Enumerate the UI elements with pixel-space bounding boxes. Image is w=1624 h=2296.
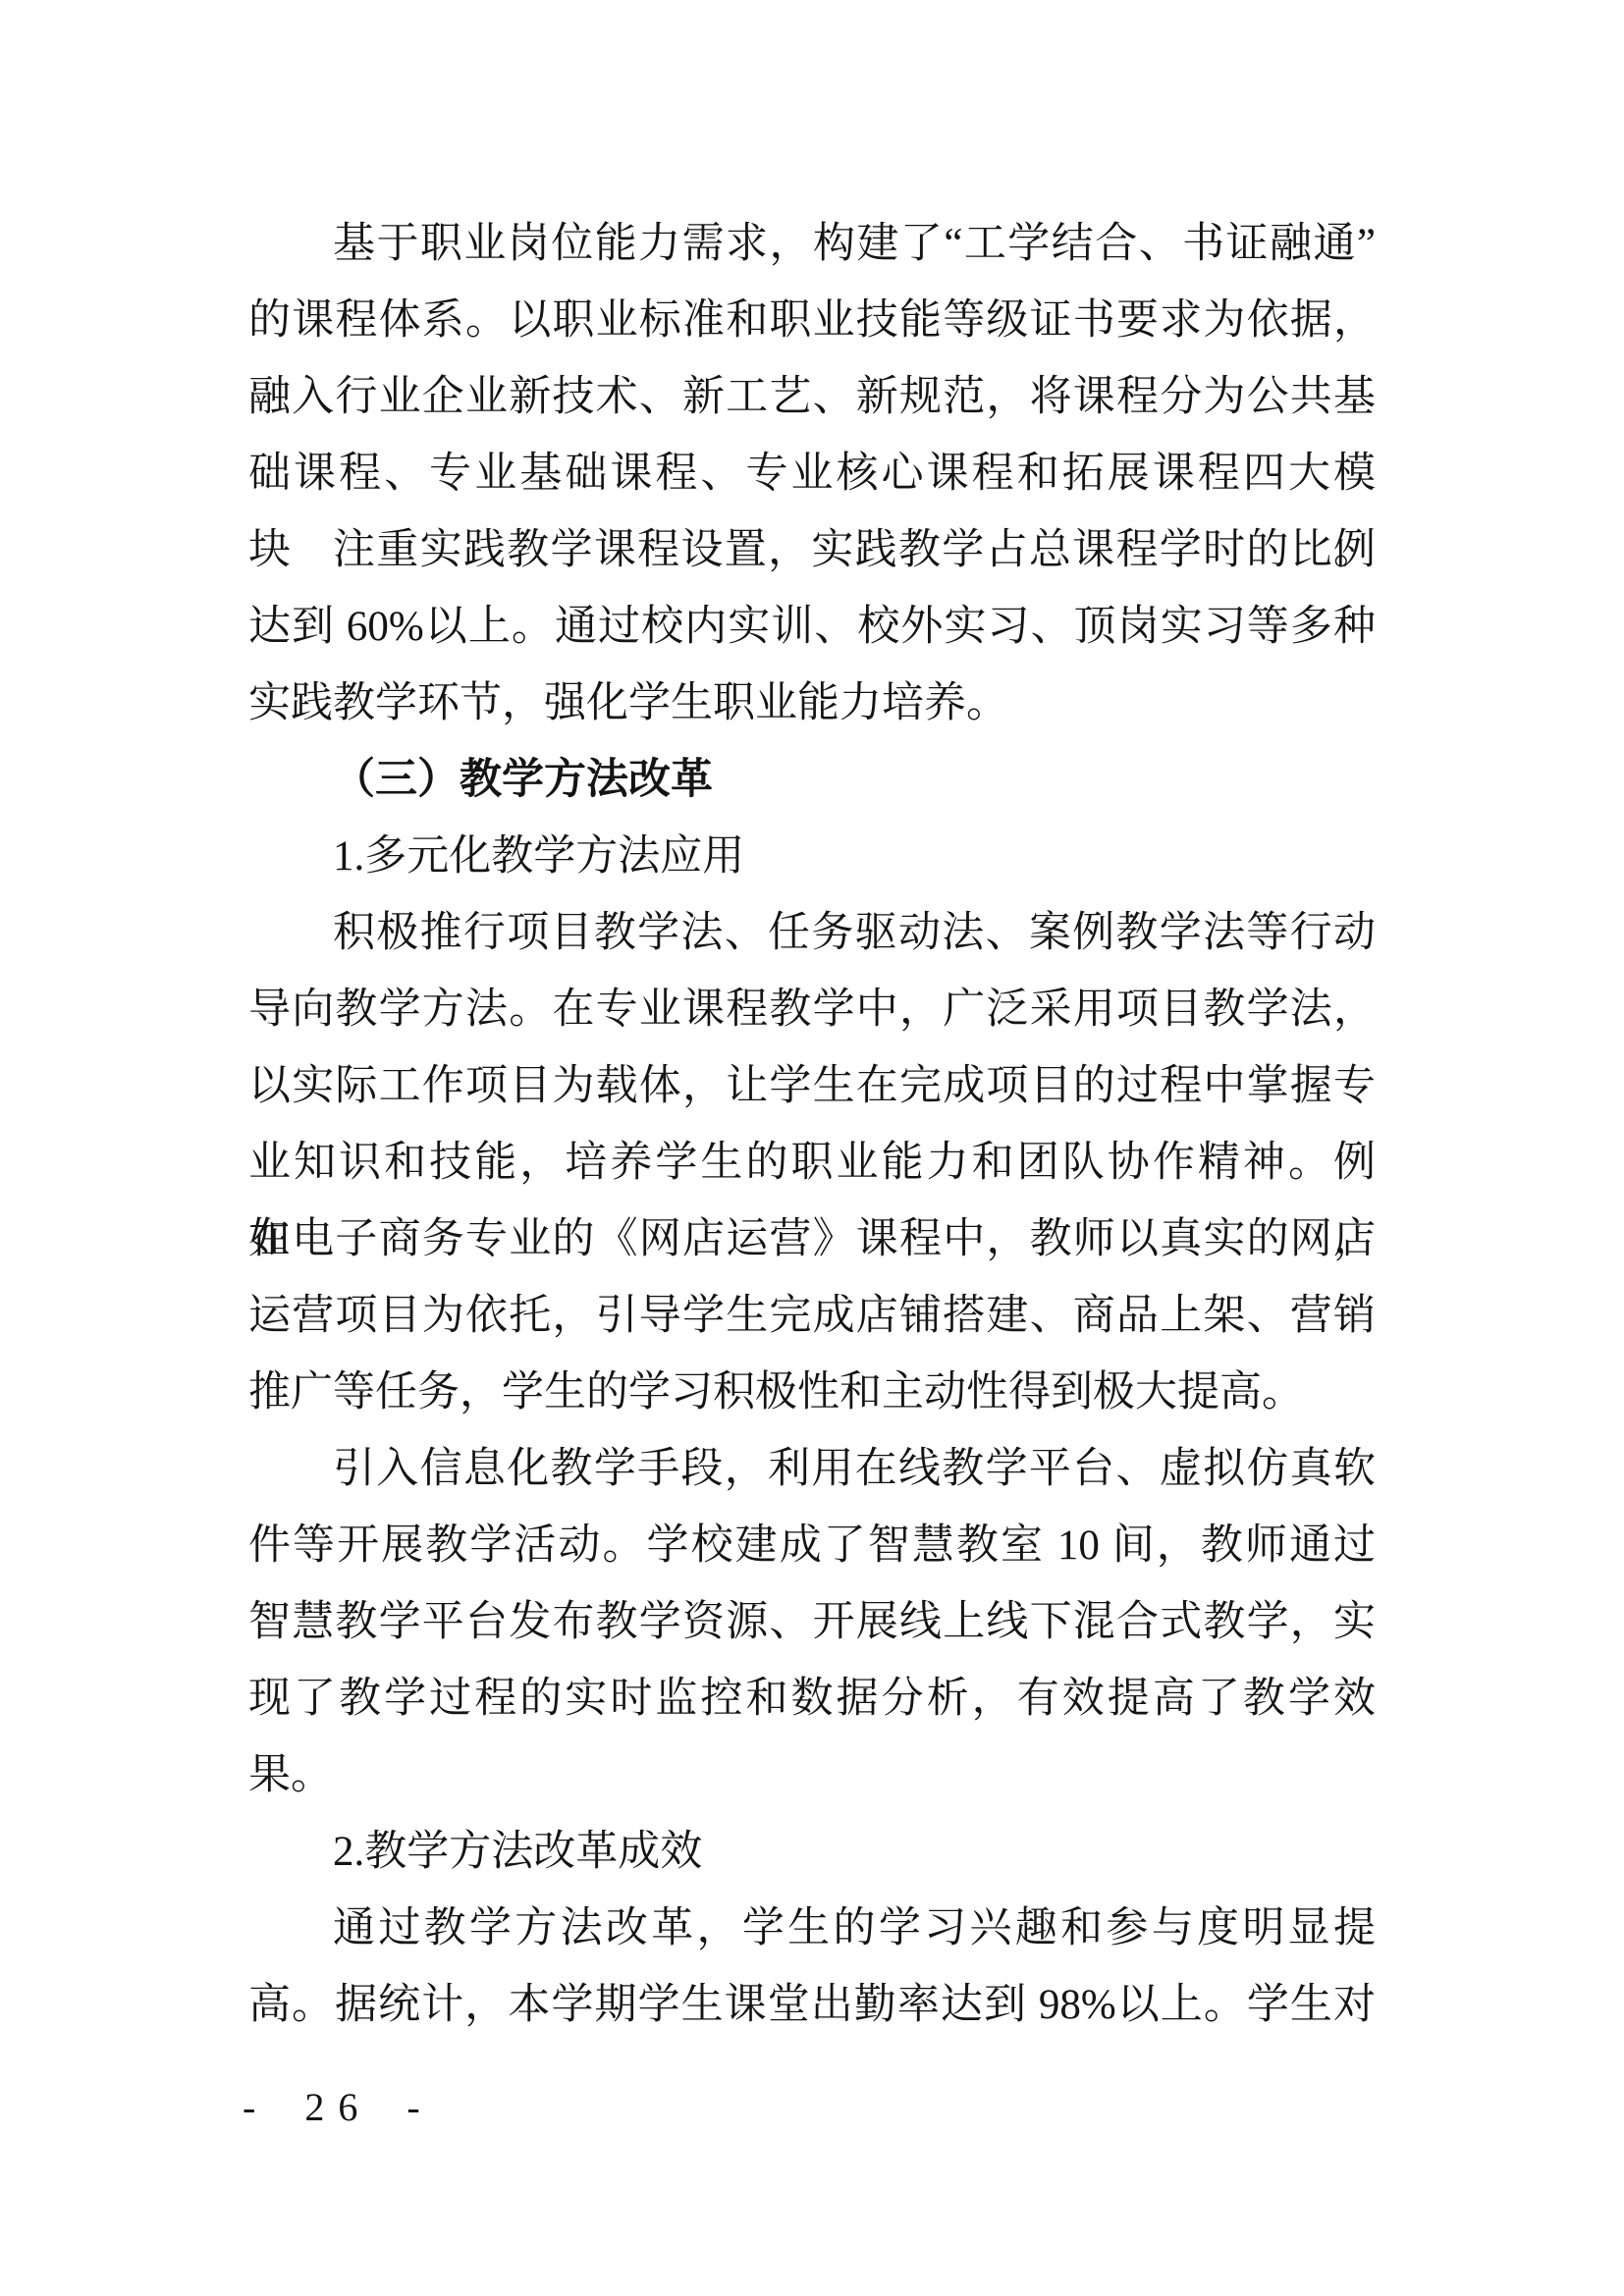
text-line: 达到 60%以上。通过校内实训、校外实习、顶岗实习等多种 [248,589,1376,666]
document-content: 基于职业岗位能力需求，构建了“工学结合、书证融通”的课程体系。以职业标准和职业技… [248,206,1376,2044]
page-number: - 26 - [243,2083,434,2132]
text-line: 果。 [248,1737,1376,1814]
text-line: 注重实践教学课程设置，实践教学占总课程学时的比例 [248,512,1376,589]
text-line: 业知识和技能，培养学生的职业能力和团队协作精神。例如， [248,1125,1376,1201]
text-line: 高。据统计，本学期学生课堂出勤率达到 98%以上。学生对 [248,1967,1376,2044]
text-line: 引入信息化教学手段，利用在线教学平台、虚拟仿真软 [248,1431,1376,1508]
text-line: 融入行业企业新技术、新工艺、新规范，将课程分为公共基 [248,359,1376,436]
text-line: 基于职业岗位能力需求，构建了“工学结合、书证融通” [248,206,1376,283]
text-line: 1.多元化教学方法应用 [248,819,1376,895]
text-line: 推广等任务，学生的学习积极性和主动性得到极大提高。 [248,1355,1376,1431]
text-line: 现了教学过程的实时监控和数据分析，有效提高了教学效 [248,1661,1376,1737]
text-line: 2.教学方法改革成效 [248,1814,1376,1891]
document-page: 基于职业岗位能力需求，构建了“工学结合、书证融通”的课程体系。以职业标准和职业技… [0,0,1624,2296]
text-line: 的课程体系。以职业标准和职业技能等级证书要求为依据， [248,283,1376,359]
section-heading: （三）教学方法改革 [248,742,1376,819]
text-line: 积极推行项目教学法、任务驱动法、案例教学法等行动 [248,895,1376,972]
text-line: 以实际工作项目为载体，让学生在完成项目的过程中掌握专 [248,1048,1376,1125]
text-line: 件等开展教学活动。学校建成了智慧教室 10 间，教师通过 [248,1508,1376,1584]
text-line: 智慧教学平台发布教学资源、开展线上线下混合式教学，实 [248,1584,1376,1661]
text-line: 通过教学方法改革，学生的学习兴趣和参与度明显提 [248,1891,1376,1967]
text-line: 在电子商务专业的《网店运营》课程中，教师以真实的网店 [248,1201,1376,1278]
text-line: 运营项目为依托，引导学生完成店铺搭建、商品上架、营销 [248,1278,1376,1355]
text-line: 实践教学环节，强化学生职业能力培养。 [248,666,1376,742]
text-line: 础课程、专业基础课程、专业核心课程和拓展课程四大模块。 [248,436,1376,512]
text-line: 导向教学方法。在专业课程教学中，广泛采用项目教学法， [248,972,1376,1048]
